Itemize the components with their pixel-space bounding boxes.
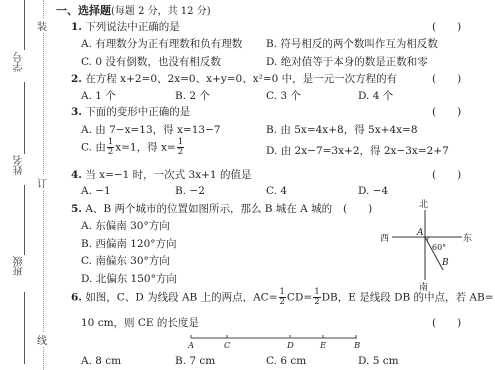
- margin-line-2: [24, 82, 25, 154]
- q3-answer-paren[interactable]: ( ): [432, 104, 461, 119]
- seg-point-d: D: [287, 341, 294, 351]
- fraction: 12: [177, 138, 184, 157]
- q2-option-a[interactable]: A. 1 个: [81, 88, 116, 103]
- q2-stem: 2. 在方程 x+2=0、2x=0、x+y=0、x²=0 中，是一元一次方程的有: [71, 71, 397, 86]
- q1-option-b[interactable]: B. 符号相反的两个数叫作互为相反数: [266, 36, 438, 51]
- margin-line-top: [24, 0, 25, 50]
- q6-option-c[interactable]: C. 6 cm: [266, 355, 306, 367]
- q4-answer-paren[interactable]: ( ): [432, 167, 461, 182]
- q6-stem-line2: 10 cm，则 CE 的长度是: [81, 315, 199, 330]
- q3-option-b[interactable]: B. 由 5x=4x+8，得 5x+4x=8: [266, 122, 418, 137]
- q4-option-c[interactable]: C. 4: [266, 185, 287, 197]
- q6-stem-line1: 6. 如图，C、D 为线段 AB 上的两点，AC=12CD=12DB，E 是线段…: [71, 288, 494, 307]
- q1-option-a[interactable]: A. 有理数分为正有理数和负有理数: [81, 36, 242, 51]
- name-label: 姓名: [12, 155, 27, 175]
- q5-answer-paren[interactable]: ( ): [343, 201, 372, 216]
- q1-option-d[interactable]: D. 绝对值等于本身的数是正数和零: [266, 54, 428, 69]
- compass-north: 北: [419, 197, 428, 210]
- bind-mark-zhuang: 装: [37, 18, 47, 33]
- q2-option-d[interactable]: D. 4 个: [358, 88, 393, 103]
- fraction: 12: [313, 288, 320, 307]
- section-note: (每题 2 分，共 12 分): [111, 6, 211, 17]
- q4-option-d[interactable]: D. −4: [358, 185, 388, 197]
- q2-option-c[interactable]: C. 3 个: [266, 88, 301, 103]
- q5-option-a[interactable]: A. 东偏南 30°方向: [81, 218, 170, 233]
- angle-label: 60°: [432, 243, 446, 252]
- q3-option-a[interactable]: A. 由 7−x=13，得 x=13−7: [81, 122, 221, 137]
- q2-answer-paren[interactable]: ( ): [432, 71, 461, 86]
- compass-east: 东: [463, 231, 472, 244]
- q4-option-b[interactable]: B. −2: [175, 185, 205, 197]
- q2-option-b[interactable]: B. 2 个: [175, 88, 210, 103]
- q4-option-a[interactable]: A. −1: [81, 185, 111, 197]
- fraction: 12: [279, 288, 286, 307]
- point-a-label: A: [417, 228, 424, 238]
- seg-point-b: B: [354, 341, 360, 351]
- section-heading: 一、选择题(每题 2 分，共 12 分): [56, 2, 211, 18]
- q4-stem: 4. 当 x=−1 时，一次式 3x+1 的值是: [71, 167, 251, 182]
- seg-point-a: A: [188, 341, 194, 351]
- q3-stem: 3. 下面的变形中正确的是: [71, 104, 190, 119]
- q3-option-c[interactable]: C. 由12x=1，得 x=12: [81, 138, 185, 157]
- class-label: 班级: [12, 256, 27, 276]
- seg-point-e: E: [320, 341, 326, 351]
- q6-answer-paren[interactable]: ( ): [432, 315, 461, 330]
- section-title: 一、选择题: [56, 4, 111, 17]
- q5-option-d[interactable]: D. 北偏东 150°方向: [81, 271, 177, 286]
- compass-west: 西: [380, 231, 389, 244]
- q3-option-d[interactable]: D. 由 2x−7=3x+2，得 2x−3x=2+7: [266, 143, 449, 158]
- q6-option-a[interactable]: A. 8 cm: [81, 355, 121, 367]
- q1-answer-paren[interactable]: ( ): [432, 19, 461, 34]
- q5-option-c[interactable]: C. 南偏东 30°方向: [81, 253, 170, 268]
- q5-option-b[interactable]: B. 西偏南 120°方向: [81, 236, 177, 251]
- compass-figure: [380, 198, 480, 292]
- point-b-label: B: [442, 258, 449, 268]
- q5-stem: 5. A、B 两个城市的位置如图所示，那么 B 城在 A 城的: [71, 201, 332, 216]
- q1-stem: 1. 下列说法中正确的是: [71, 19, 180, 34]
- bind-mark-xian: 线: [37, 332, 47, 347]
- q6-option-b[interactable]: B. 7 cm: [175, 355, 215, 367]
- margin-line-4: [24, 292, 25, 364]
- seg-point-c: C: [224, 341, 231, 351]
- q1-option-c[interactable]: C. 0 没有倒数，也没有相反数: [81, 54, 221, 69]
- bind-mark-ding: 订: [37, 175, 47, 190]
- fraction: 12: [107, 138, 114, 157]
- student-id-label: 学号: [12, 52, 27, 72]
- q6-option-d[interactable]: D. 5 cm: [358, 355, 399, 367]
- margin-line-3: [24, 185, 25, 255]
- segment-figure: [185, 333, 360, 343]
